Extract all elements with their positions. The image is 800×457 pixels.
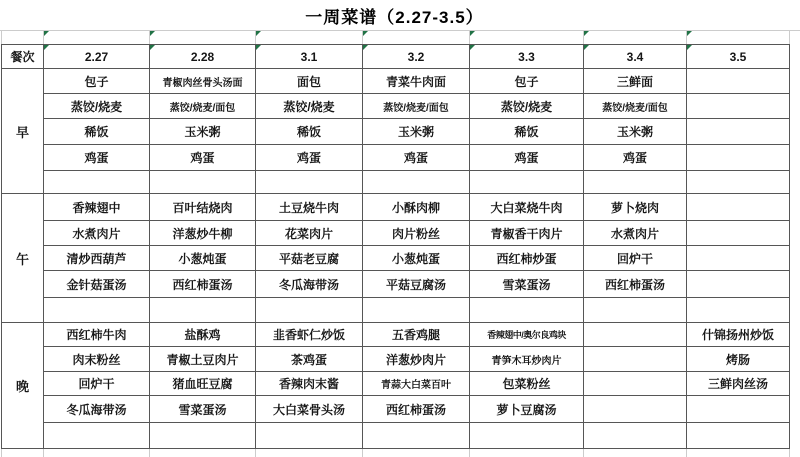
menu-cell[interactable]: 雪菜蛋汤 bbox=[150, 396, 256, 423]
empty-cell[interactable] bbox=[150, 423, 256, 449]
empty-cell[interactable] bbox=[363, 171, 470, 194]
menu-cell[interactable]: 小酥肉柳 bbox=[363, 194, 470, 221]
menu-cell[interactable]: 西红柿牛肉 bbox=[44, 323, 150, 347]
menu-cell[interactable]: 西红柿蛋汤 bbox=[584, 271, 687, 298]
menu-cell[interactable]: 小葱炖蛋 bbox=[150, 246, 256, 271]
error-indicator-triangle-icon bbox=[470, 45, 475, 50]
menu-cell[interactable]: 蒸饺/烧麦/面包 bbox=[363, 94, 470, 119]
gridline bbox=[789, 449, 790, 457]
menu-cell[interactable]: 茶鸡蛋 bbox=[256, 347, 363, 372]
gridline bbox=[583, 449, 584, 457]
empty-cell[interactable] bbox=[584, 171, 687, 194]
menu-cell[interactable]: 玉米粥 bbox=[150, 119, 256, 145]
empty-cell[interactable] bbox=[256, 423, 363, 449]
empty-cell[interactable] bbox=[584, 298, 687, 323]
date-header-cell-2.27[interactable]: 2.27 bbox=[44, 45, 150, 69]
menu-cell[interactable]: 青菜牛肉面 bbox=[363, 69, 470, 94]
menu-cell[interactable]: 鸡蛋 bbox=[363, 145, 470, 171]
empty-cell[interactable] bbox=[363, 298, 470, 323]
menu-cell[interactable]: 盐酥鸡 bbox=[150, 323, 256, 347]
menu-cell[interactable]: 西红柿炒蛋 bbox=[470, 246, 584, 271]
date-header-cell-2.28[interactable]: 2.28 bbox=[150, 45, 256, 69]
menu-cell[interactable]: 青椒土豆肉片 bbox=[150, 347, 256, 372]
empty-cell[interactable] bbox=[687, 221, 790, 246]
menu-cell[interactable]: 包子 bbox=[470, 69, 584, 94]
menu-cell[interactable]: 青笋木耳炒肉片 bbox=[470, 347, 584, 372]
menu-cell[interactable]: 包菜粉丝 bbox=[470, 372, 584, 396]
menu-cell[interactable]: 鸡蛋 bbox=[150, 145, 256, 171]
error-indicator-triangle-icon bbox=[470, 31, 475, 36]
menu-cell[interactable]: 青椒肉丝骨头汤面 bbox=[150, 69, 256, 94]
error-indicator-triangle-icon bbox=[363, 31, 368, 36]
menu-table-body: 餐次2.272.283.13.23.33.43.5早包子青椒肉丝骨头汤面面包青菜… bbox=[2, 45, 790, 449]
menu-cell[interactable]: 鸡蛋 bbox=[470, 145, 584, 171]
menu-cell[interactable]: 鸡蛋 bbox=[584, 145, 687, 171]
menu-cell[interactable]: 包子 bbox=[44, 69, 150, 94]
empty-cell[interactable] bbox=[687, 119, 790, 145]
menu-cell[interactable]: 什锦扬州炒饭 bbox=[687, 323, 790, 347]
error-indicator-triangle-icon bbox=[687, 31, 692, 36]
gridline bbox=[362, 449, 363, 457]
empty-cell[interactable] bbox=[687, 145, 790, 171]
menu-cell[interactable]: 三鲜面 bbox=[584, 69, 687, 94]
menu-cell[interactable]: 面包 bbox=[256, 69, 363, 94]
gridline bbox=[686, 449, 687, 457]
menu-table: 餐次2.272.283.13.23.33.43.5早包子青椒肉丝骨头汤面面包青菜… bbox=[1, 44, 790, 449]
menu-cell[interactable]: 洋葱炒肉片 bbox=[363, 347, 470, 372]
menu-cell[interactable]: 香辣翅中/奥尔良鸡块 bbox=[470, 323, 584, 347]
error-indicator-triangle-icon bbox=[256, 31, 261, 36]
menu-cell[interactable]: 回炉干 bbox=[44, 372, 150, 396]
menu-cell[interactable]: 小葱炖蛋 bbox=[363, 246, 470, 271]
menu-cell[interactable]: 雪菜蛋汤 bbox=[470, 271, 584, 298]
empty-cell[interactable] bbox=[256, 298, 363, 323]
empty-cell[interactable] bbox=[687, 246, 790, 271]
empty-cell[interactable] bbox=[584, 396, 687, 423]
empty-cell[interactable] bbox=[44, 171, 150, 194]
empty-cell[interactable] bbox=[44, 423, 150, 449]
empty-cell[interactable] bbox=[687, 298, 790, 323]
menu-cell[interactable]: 稀饭 bbox=[256, 119, 363, 145]
menu-cell[interactable]: 青蒜大白菜百叶 bbox=[363, 372, 470, 396]
empty-cell[interactable] bbox=[687, 69, 790, 94]
gridline bbox=[43, 449, 44, 457]
empty-cell[interactable] bbox=[470, 423, 584, 449]
error-indicator-triangle-icon bbox=[584, 45, 589, 50]
menu-cell[interactable]: 金针菇蛋汤 bbox=[44, 271, 150, 298]
date-header-cell-3.1[interactable]: 3.1 bbox=[256, 45, 363, 69]
error-indicator-triangle-icon bbox=[44, 45, 49, 50]
menu-cell[interactable]: 韭香虾仁炒饭 bbox=[256, 323, 363, 347]
menu-cell[interactable]: 冬瓜海带汤 bbox=[44, 396, 150, 423]
gridline bbox=[789, 30, 790, 44]
empty-cell[interactable] bbox=[687, 171, 790, 194]
empty-cell[interactable] bbox=[584, 323, 687, 347]
empty-cell[interactable] bbox=[584, 372, 687, 396]
menu-cell[interactable]: 百叶结烧肉 bbox=[150, 194, 256, 221]
menu-cell[interactable]: 萝卜豆腐汤 bbox=[470, 396, 584, 423]
section-label-dinner[interactable]: 晚 bbox=[2, 323, 44, 449]
menu-cell[interactable]: 冬瓜海带汤 bbox=[256, 271, 363, 298]
gridline bbox=[255, 449, 256, 457]
menu-cell[interactable]: 烤肠 bbox=[687, 347, 790, 372]
gridline bbox=[469, 449, 470, 457]
gridline bbox=[149, 449, 150, 457]
spreadsheet-view: 一周菜谱（2.27-3.5） 餐次2.272.283.13.23.33.43.5… bbox=[0, 0, 800, 457]
menu-cell[interactable]: 香辣肉末酱 bbox=[256, 372, 363, 396]
error-indicator-triangle-icon bbox=[584, 31, 589, 36]
menu-cell[interactable]: 西红柿蛋汤 bbox=[150, 271, 256, 298]
empty-cell[interactable] bbox=[470, 171, 584, 194]
section-label-lunch[interactable]: 午 bbox=[2, 194, 44, 323]
menu-cell[interactable]: 鸡蛋 bbox=[44, 145, 150, 171]
menu-cell[interactable]: 蒸饺/烧麦 bbox=[470, 94, 584, 119]
menu-cell[interactable]: 肉末粉丝 bbox=[44, 347, 150, 372]
menu-cell[interactable]: 回炉干 bbox=[584, 246, 687, 271]
menu-cell[interactable]: 玉米粥 bbox=[363, 119, 470, 145]
empty-cell[interactable] bbox=[687, 94, 790, 119]
empty-cell[interactable] bbox=[44, 298, 150, 323]
empty-cell[interactable] bbox=[150, 298, 256, 323]
menu-cell[interactable]: 猪血旺豆腐 bbox=[150, 372, 256, 396]
empty-cell[interactable] bbox=[584, 423, 687, 449]
menu-cell[interactable]: 肉片粉丝 bbox=[363, 221, 470, 246]
menu-cell[interactable]: 花菜肉片 bbox=[256, 221, 363, 246]
error-indicator-triangle-icon bbox=[150, 45, 155, 50]
menu-cell[interactable]: 玉米粥 bbox=[584, 119, 687, 145]
gridline bbox=[1, 30, 2, 44]
menu-cell[interactable]: 洋葱炒牛柳 bbox=[150, 221, 256, 246]
menu-cell[interactable]: 平菇豆腐汤 bbox=[363, 271, 470, 298]
menu-cell[interactable]: 平菇老豆腐 bbox=[256, 246, 363, 271]
empty-cell[interactable] bbox=[470, 298, 584, 323]
empty-cell[interactable] bbox=[687, 396, 790, 423]
menu-cell[interactable]: 萝卜烧肉 bbox=[584, 194, 687, 221]
menu-cell[interactable]: 青椒香干肉片 bbox=[470, 221, 584, 246]
corner-cell-meal-label[interactable]: 餐次 bbox=[2, 45, 44, 69]
error-indicator-triangle-icon bbox=[44, 31, 49, 36]
menu-cell[interactable]: 水煮肉片 bbox=[584, 221, 687, 246]
empty-cell[interactable] bbox=[687, 194, 790, 221]
menu-cell[interactable]: 大白菜烧牛肉 bbox=[470, 194, 584, 221]
menu-cell[interactable]: 鸡蛋 bbox=[256, 145, 363, 171]
empty-cell[interactable] bbox=[150, 171, 256, 194]
empty-cell[interactable] bbox=[687, 271, 790, 298]
menu-cell[interactable]: 三鲜肉丝汤 bbox=[687, 372, 790, 396]
page-title: 一周菜谱（2.27-3.5） bbox=[0, 3, 789, 28]
menu-cell[interactable]: 香辣翅中 bbox=[44, 194, 150, 221]
date-header-cell-3.2[interactable]: 3.2 bbox=[363, 45, 470, 69]
menu-cell[interactable]: 蒸饺/烧麦/面包 bbox=[150, 94, 256, 119]
menu-cell[interactable]: 清炒西葫芦 bbox=[44, 246, 150, 271]
empty-cell[interactable] bbox=[584, 347, 687, 372]
error-indicator-triangle-icon bbox=[687, 45, 692, 50]
menu-cell[interactable]: 稀饭 bbox=[470, 119, 584, 145]
date-header-cell-3.3[interactable]: 3.3 bbox=[470, 45, 584, 69]
menu-cell[interactable]: 稀饭 bbox=[44, 119, 150, 145]
empty-cell[interactable] bbox=[256, 171, 363, 194]
menu-cell[interactable]: 土豆烧牛肉 bbox=[256, 194, 363, 221]
gridline bbox=[1, 449, 2, 457]
menu-cell[interactable]: 五香鸡腿 bbox=[363, 323, 470, 347]
menu-cell[interactable]: 蒸饺/烧麦/面包 bbox=[584, 94, 687, 119]
menu-cell[interactable]: 西红柿蛋汤 bbox=[363, 396, 470, 423]
empty-cell[interactable] bbox=[363, 423, 470, 449]
menu-cell[interactable]: 蒸饺/烧麦 bbox=[256, 94, 363, 119]
date-header-cell-3.5[interactable]: 3.5 bbox=[687, 45, 790, 69]
error-indicator-triangle-icon bbox=[256, 45, 261, 50]
gridline bbox=[0, 30, 800, 31]
section-label-breakfast[interactable]: 早 bbox=[2, 69, 44, 194]
menu-cell[interactable]: 水煮肉片 bbox=[44, 221, 150, 246]
empty-cell[interactable] bbox=[687, 423, 790, 449]
error-indicator-triangle-icon bbox=[363, 45, 368, 50]
error-indicator-triangle-icon bbox=[150, 31, 155, 36]
menu-cell[interactable]: 蒸饺/烧麦 bbox=[44, 94, 150, 119]
date-header-cell-3.4[interactable]: 3.4 bbox=[584, 45, 687, 69]
menu-cell[interactable]: 大白菜骨头汤 bbox=[256, 396, 363, 423]
